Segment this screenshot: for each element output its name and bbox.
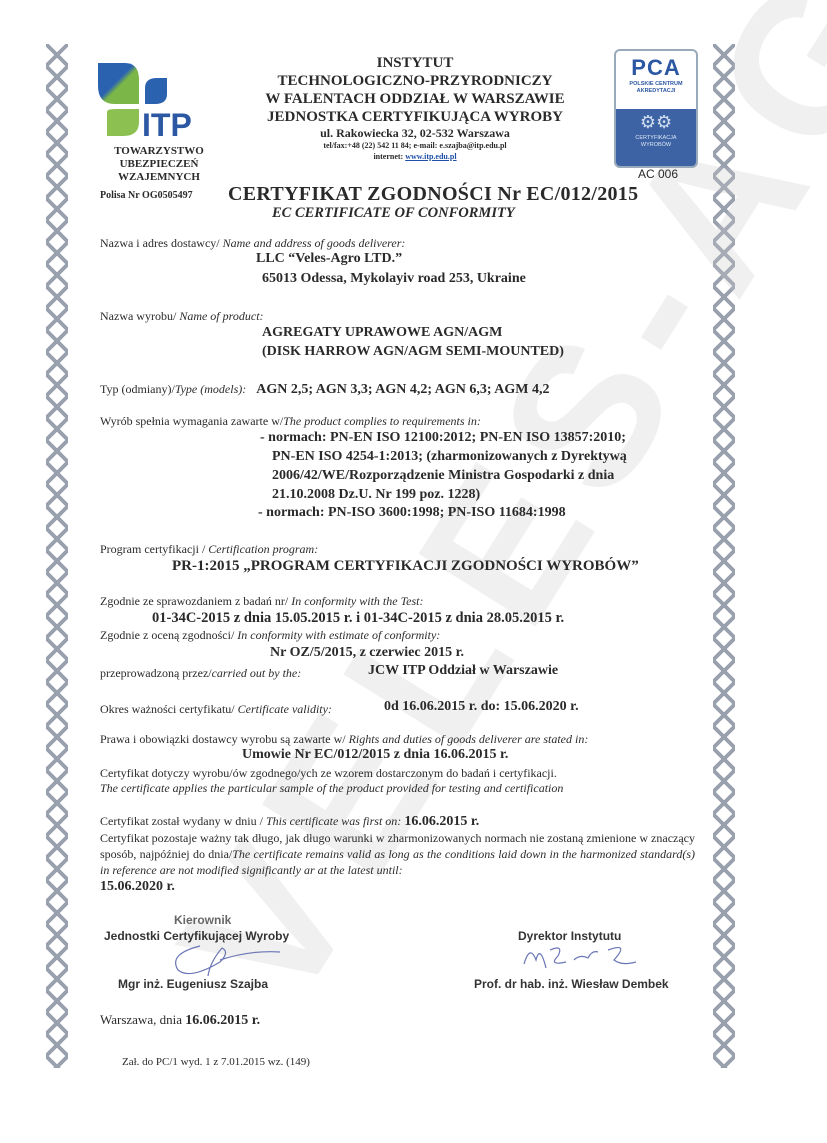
issued-row: Certyfikat został wydany w dniu / This c… — [100, 812, 479, 830]
signature-left-icon — [160, 940, 290, 980]
requirement-line: 21.10.2008 Dz.U. Nr 199 poz. 1228) — [272, 487, 480, 503]
valid-until-date: 15.06.2020 r. — [100, 879, 175, 895]
requirement-line: - normach: PN-EN ISO 12100:2012; PN-EN I… — [260, 430, 626, 446]
institute-website: internet: www.itp.edu.pl — [225, 151, 605, 162]
rights-value: Umowie Nr EC/012/2015 z dnia 16.06.2015 … — [242, 747, 508, 763]
test-label: Zgodnie ze sprawozdaniem z badań nr/ In … — [100, 594, 423, 609]
issued-date: 16.06.2015 r. — [404, 814, 479, 829]
certificate-subtitle: EC CERTIFICATE OF CONFORMITY — [272, 205, 515, 222]
validity-conditions: Certyfikat pozostaje ważny tak długo, ja… — [100, 830, 695, 878]
institute-header: INSTYTUT TECHNOLOGICZNO-PRZYRODNICZY W F… — [225, 54, 605, 162]
left-signatory-title: Kierownik — [174, 913, 231, 927]
requirement-line: - normach: PN-ISO 3600:1998; PN-ISO 1168… — [258, 505, 566, 521]
itp-leaves-icon: ITP — [95, 60, 207, 140]
gears-icon: ⚙⚙ — [616, 109, 696, 135]
estimate-value: Nr OZ/5/2015, z czerwiec 2015 r. — [270, 645, 464, 661]
product-label: Nazwa wyrobu/ Name of product: — [100, 309, 264, 324]
itp-logo: ITP — [95, 60, 207, 140]
program-value: PR-1:2015 „PROGRAM CERTYFIKACJI ZGODNOŚC… — [172, 558, 639, 575]
scope-note-en: The certificate applies the particular s… — [100, 781, 563, 796]
rights-label: Prawa i obowiązki dostawcy wyrobu są zaw… — [100, 732, 588, 747]
decorative-border-right — [711, 44, 737, 1068]
deliverer-address: 65013 Odessa, Mykolayiv road 253, Ukrain… — [262, 271, 526, 287]
validity-value: 0d 16.06.2015 r. do: 15.06.2020 r. — [384, 699, 579, 715]
institute-address: ul. Rakowiecka 32, 02-532 Warszawa — [225, 126, 605, 140]
carried-out-label: przeprowadzoną przez/carried out by the: — [100, 666, 301, 681]
models-value: AGN 2,5; AGN 3,3; AGN 4,2; AGN 6,3; AGM … — [256, 382, 549, 397]
policy-number: Polisa Nr OG0505497 — [100, 190, 193, 201]
right-signatory-name: Prof. dr hab. inż. Wiesław Dembek — [474, 977, 669, 991]
decorative-border-left — [44, 44, 70, 1068]
carried-out-value: JCW ITP Oddział w Warszawie — [368, 663, 558, 679]
deliverer-label: Nazwa i adres dostawcy/ Name and address… — [100, 236, 405, 251]
requirement-line: PN-EN ISO 4254-1:2013; (zharmonizowanych… — [272, 449, 627, 465]
product-name-en: (DISK HARROW AGN/AGM SEMI-MOUNTED) — [262, 344, 564, 360]
website-link[interactable]: www.itp.edu.pl — [405, 152, 456, 161]
signature-right-icon — [518, 940, 638, 972]
product-name-pl: AGREGATY UPRAWOWE AGN/AGM — [262, 325, 502, 341]
validity-label: Okres ważności certyfikatu/ Certificate … — [100, 702, 332, 717]
certificate-title: CERTYFIKAT ZGODNOŚCI Nr EC/012/2015 — [228, 183, 638, 206]
estimate-label: Zgodnie z oceną zgodności/ In conformity… — [100, 628, 440, 643]
place-date: Warszawa, dnia 16.06.2015 r. — [100, 1011, 260, 1029]
models-row: Typ (odmiany)/Type (models): AGN 2,5; AG… — [100, 380, 549, 398]
insurer-name: TOWARZYSTWO UBEZPIECZEŃ WZAJEMNYCH — [96, 145, 222, 184]
scope-note-pl: Certyfikat dotyczy wyrobu/ów zgodnego/yc… — [100, 766, 557, 781]
pca-accreditation-badge: PCA POLSKIE CENTRUM AKREDYTACJI ⚙⚙ CERTY… — [614, 49, 698, 168]
test-value: 01-34C-2015 z dnia 15.05.2015 r. i 01-34… — [152, 610, 564, 627]
requirements-label: Wyrób spełnia wymagania zawarte w/The pr… — [100, 414, 481, 429]
accreditation-number: AC 006 — [628, 167, 688, 181]
svg-text:ITP: ITP — [142, 107, 192, 140]
program-label: Program certyfikacji / Certification pro… — [100, 542, 318, 557]
form-reference: Zał. do PC/1 wyd. 1 z 7.01.2015 wz. (149… — [122, 1056, 310, 1068]
institute-contact: tel/fax:+48 (22) 542 11 84; e-mail: e.sz… — [225, 140, 605, 151]
deliverer-name: LLC “Veles-Agro LTD.” — [256, 251, 402, 267]
left-signatory-name: Mgr inż. Eugeniusz Szajba — [118, 977, 268, 991]
requirement-line: 2006/42/WE/Rozporządzenie Ministra Gospo… — [272, 468, 614, 484]
